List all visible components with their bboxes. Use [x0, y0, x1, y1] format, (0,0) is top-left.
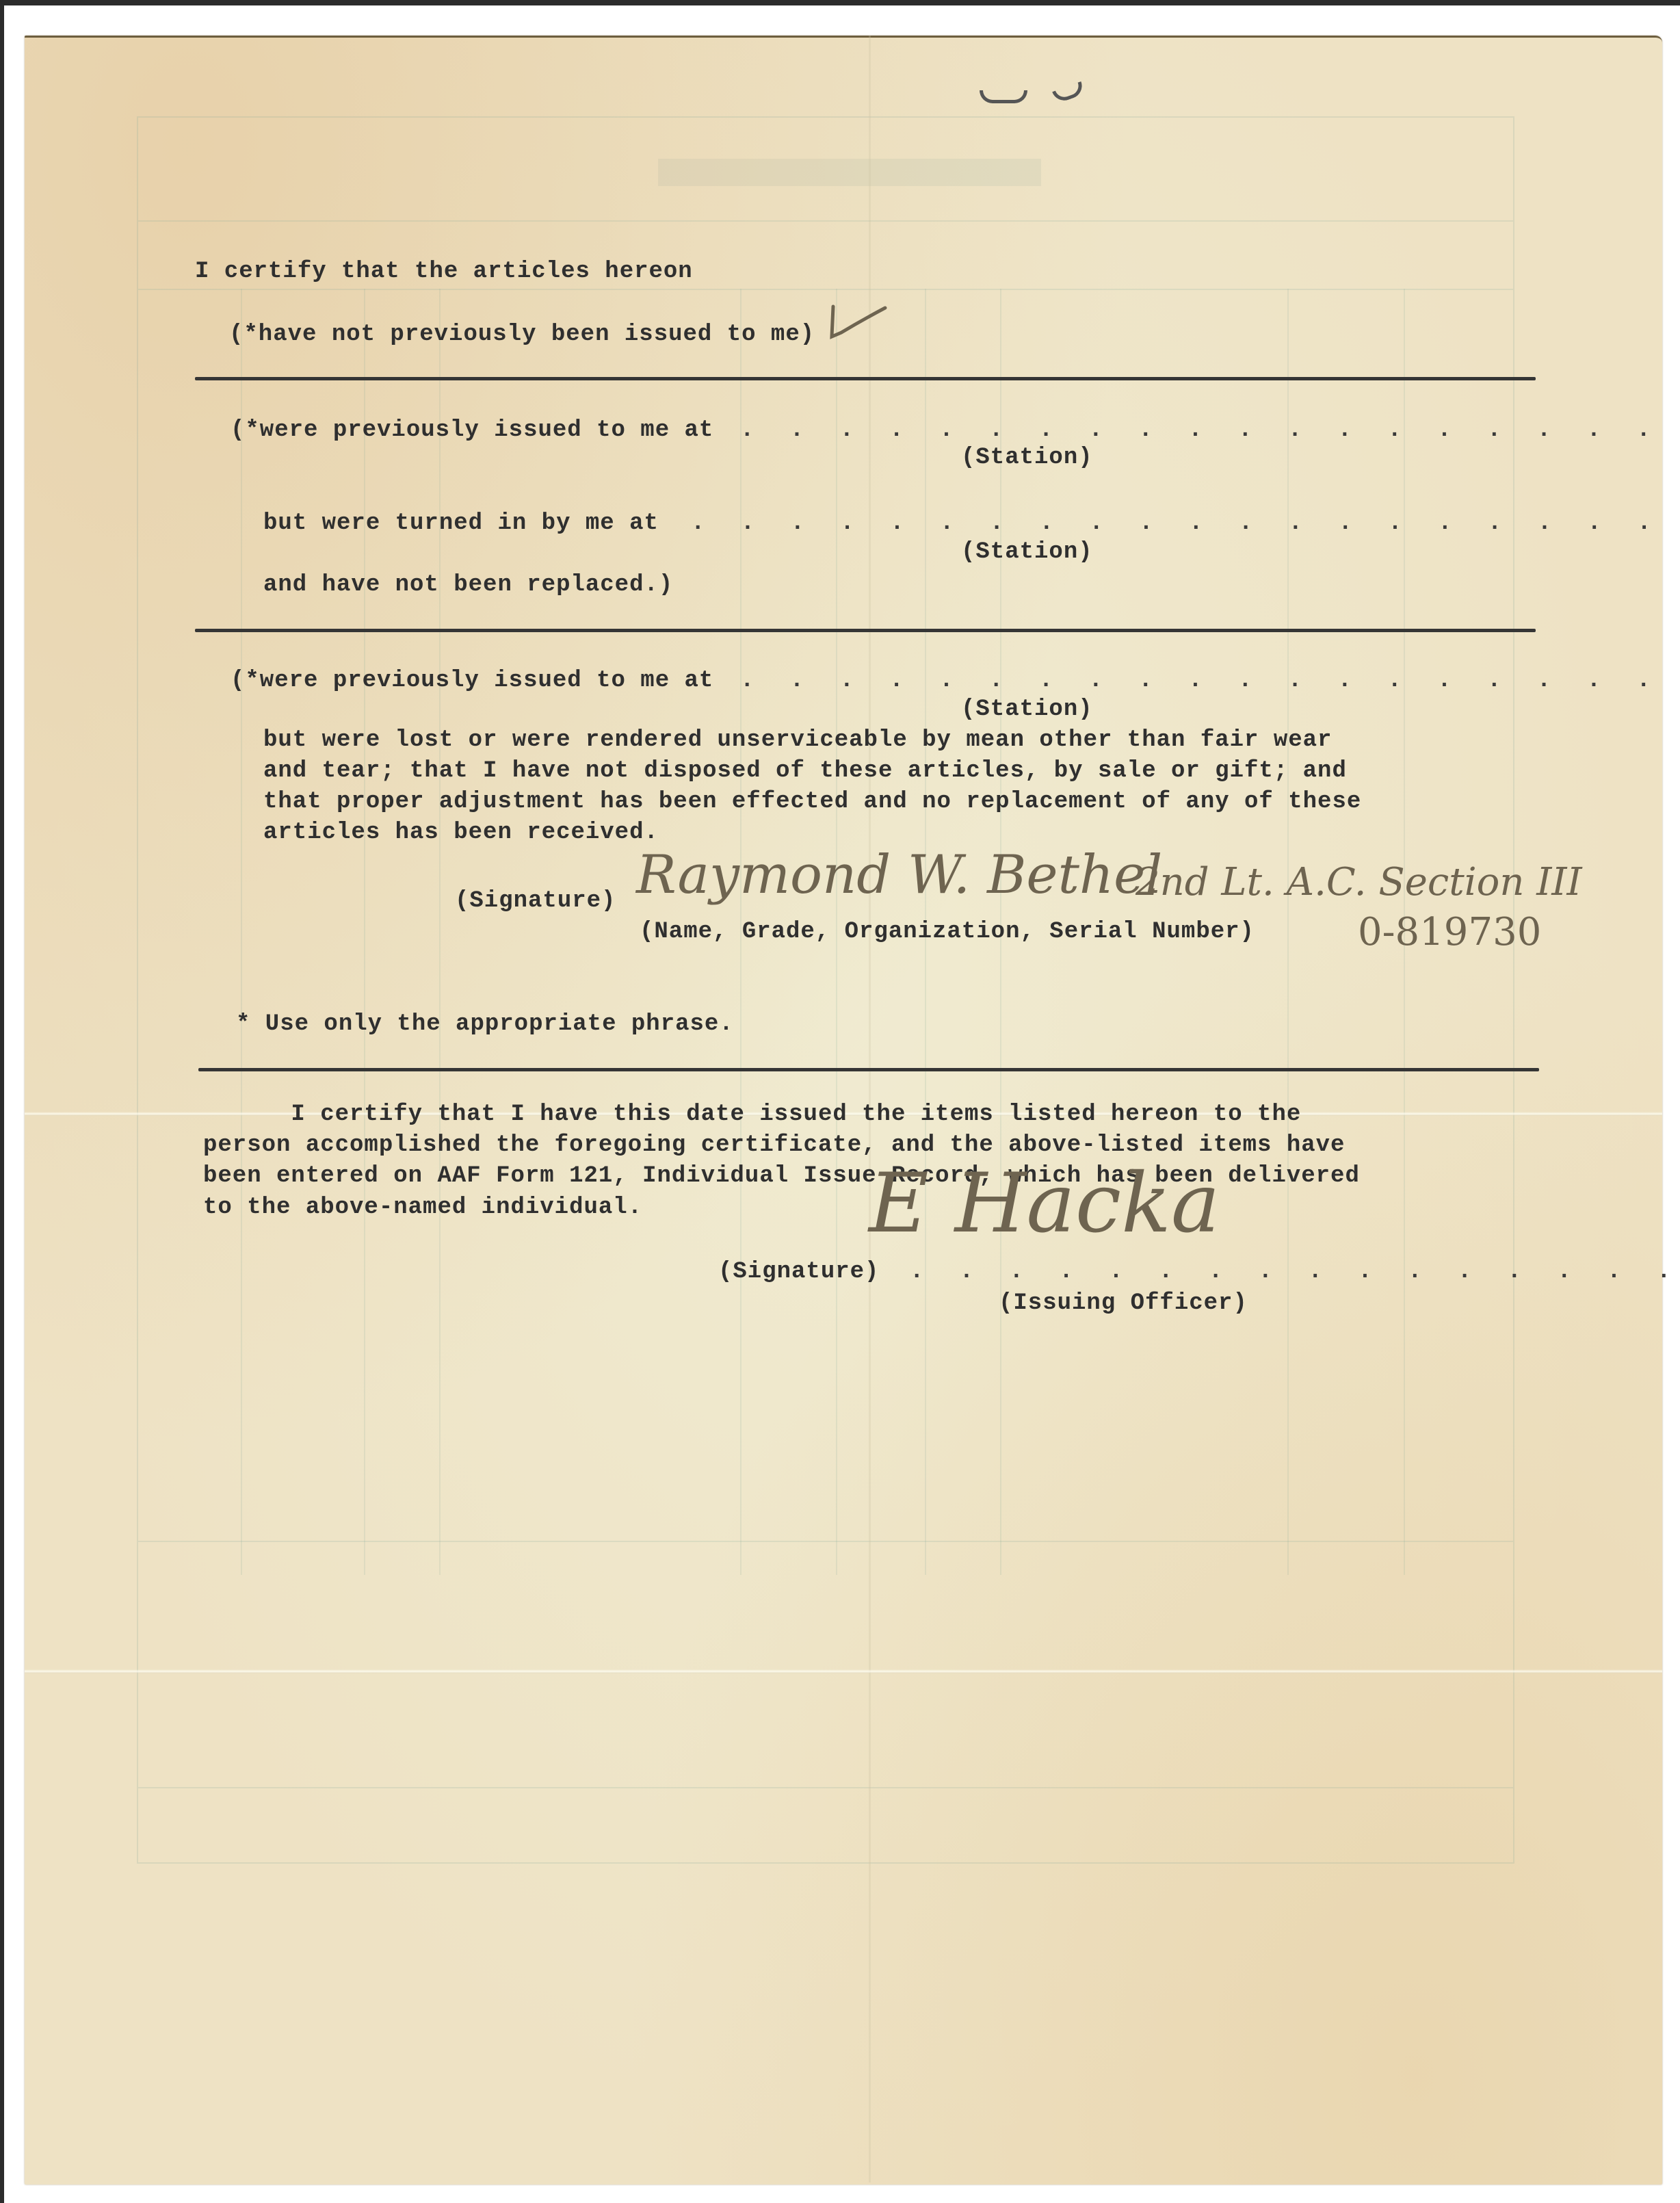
not-replaced-line: and have not been replaced.) — [263, 573, 673, 597]
divider-rule — [195, 629, 1536, 632]
lost-body-line: that proper adjustment has been effected… — [263, 790, 1361, 813]
checkmark-icon — [828, 301, 889, 342]
lost-body-line: articles has been received. — [263, 821, 659, 844]
issuer-signature-label: (Signature) — [718, 1260, 879, 1283]
recipient-signature[interactable]: Raymond W. Bethel — [636, 848, 1162, 902]
station-field-2[interactable]: . . . . . . . . . . . . . . . . . . . . — [691, 512, 1662, 535]
divider-rule — [198, 1068, 1539, 1071]
signature-label: (Signature) — [455, 889, 616, 913]
station-caption: (Station) — [961, 698, 1093, 721]
lost-body-line: but were lost or were rendered unservice… — [263, 729, 1332, 752]
signature-caption: (Name, Grade, Organization, Serial Numbe… — [640, 920, 1255, 943]
scanner-edge-left — [0, 0, 4, 2203]
issuing-certificate-line: I certify that I have this date issued t… — [203, 1103, 1301, 1126]
recipient-grade-organization: 2nd Lt. A.C. Section III — [1136, 863, 1582, 902]
option-lost-line: (*were previously issued to me at — [231, 669, 713, 692]
issuing-certificate-line: to the above-named individual. — [203, 1196, 642, 1219]
staple-icon — [980, 90, 1027, 103]
footnote: * Use only the appropriate phrase. — [236, 1013, 734, 1036]
issuer-signature-field[interactable]: . . . . . . . . . . . . . . . . . . . . — [910, 1260, 1680, 1283]
scanner-edge-top — [0, 0, 1680, 5]
turned-in-line: but were turned in by me at — [263, 512, 659, 535]
divider-rule — [195, 377, 1536, 380]
recipient-serial-number: 0-819730 — [1358, 913, 1541, 952]
horizontal-fold-crease — [25, 1669, 1662, 1673]
option-previously-issued-line: (*were previously issued to me at — [231, 419, 713, 442]
station-caption: (Station) — [961, 446, 1093, 469]
option-not-previously-issued: (*have not previously been issued to me) — [229, 323, 815, 346]
issuer-signature-caption: (Issuing Officer) — [999, 1292, 1248, 1315]
issuing-certificate-line: person accomplished the foregoing certif… — [203, 1134, 1345, 1157]
station-caption: (Station) — [961, 540, 1093, 564]
station-field-1[interactable]: . . . . . . . . . . . . . . . . . . . . — [740, 419, 1680, 442]
issuer-signature[interactable]: E Hacka — [869, 1163, 1220, 1245]
certificate-intro: I certify that the articles hereon — [195, 260, 693, 283]
station-field-3[interactable]: . . . . . . . . . . . . . . . . . . . . — [740, 669, 1680, 692]
lost-body-line: and tear; that I have not disposed of th… — [263, 759, 1347, 783]
